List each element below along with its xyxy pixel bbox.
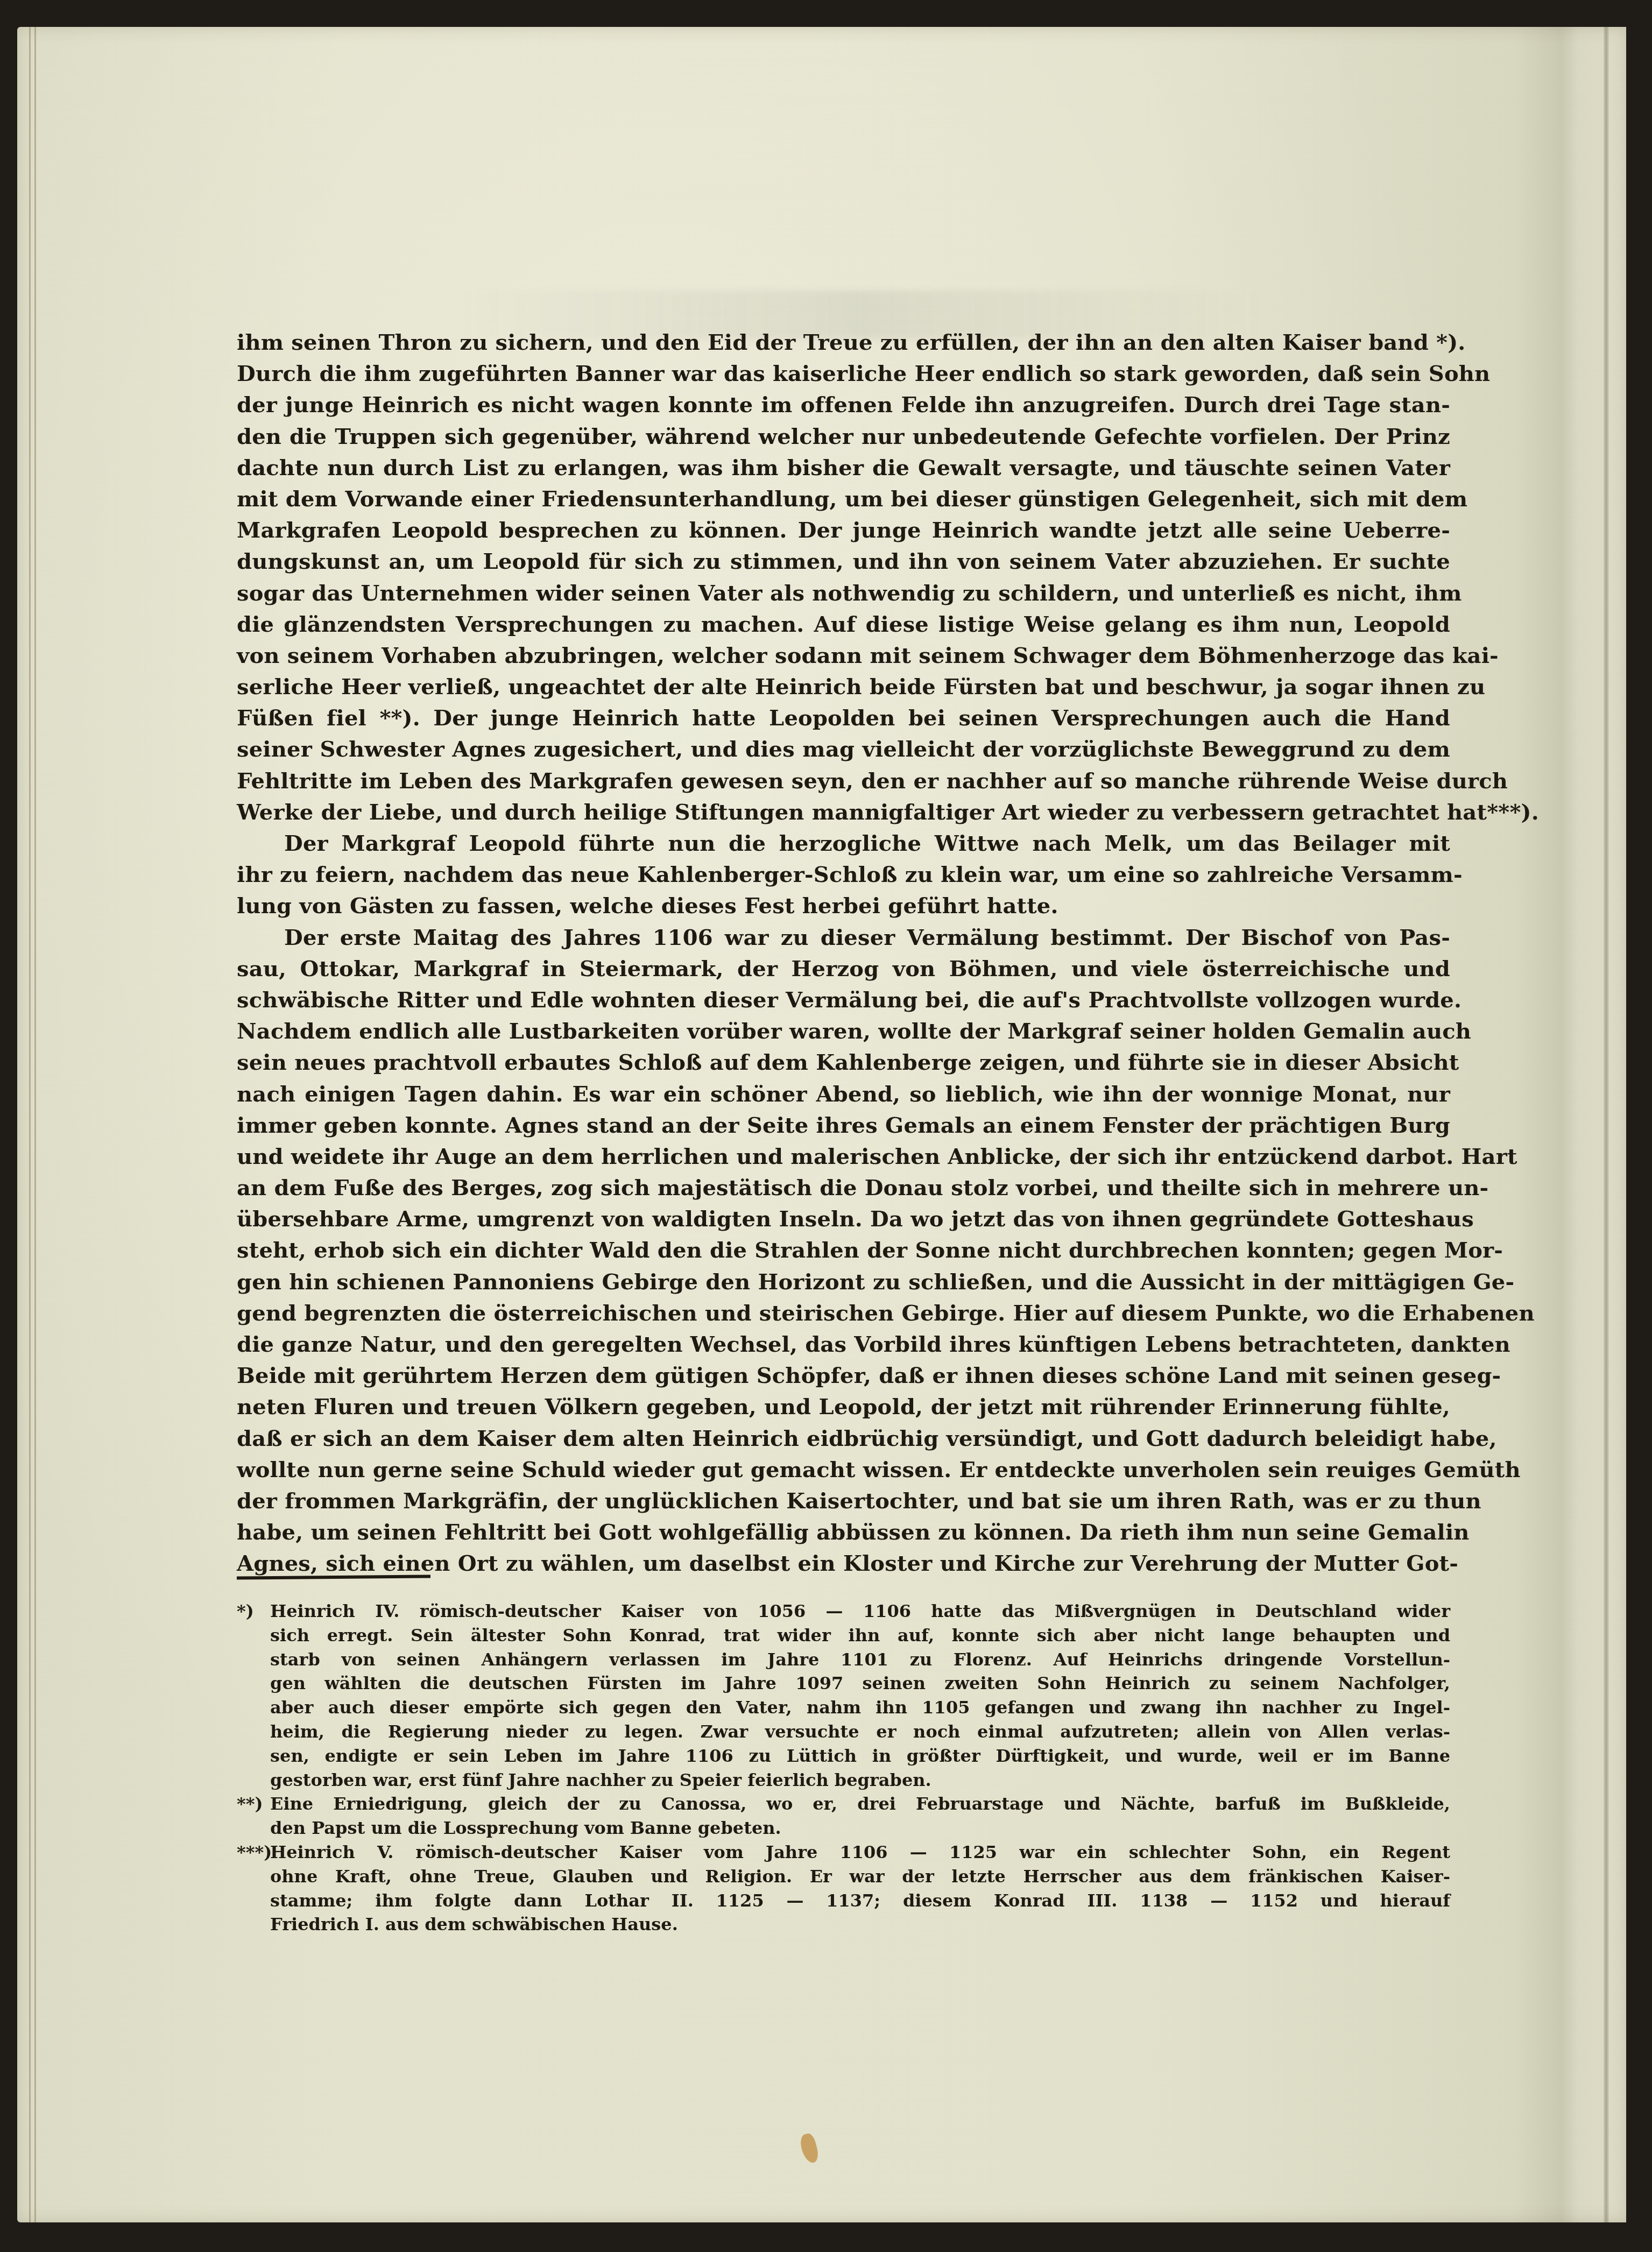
body-line: übersehbare Arme, umgrenzt von waldigten… [237, 1204, 1450, 1235]
body-line: die glänzendsten Versprechungen zu mache… [237, 609, 1450, 640]
footnote-line: gestorben war, erst fünf Jahre nachher z… [237, 1768, 1450, 1792]
footnote-line: starb von seinen Anhängern verlassen im … [237, 1648, 1450, 1672]
body-line: ihm seinen Thron zu sichern, und den Eid… [237, 327, 1450, 358]
paragraph-start-line: Der erste Maitag des Jahres 1106 war zu … [237, 922, 1450, 954]
footnote-marker: ***) [237, 1840, 270, 1865]
footnote-line: ohne Kraft, ohne Treue, Glauben und Reli… [237, 1865, 1450, 1889]
body-line: schwäbische Ritter und Edle wohnten dies… [237, 985, 1450, 1016]
body-line: wollte nun gerne seine Schuld wieder gut… [237, 1455, 1450, 1486]
body-line: seiner Schwester Agnes zugesichert, und … [237, 734, 1450, 765]
body-line: den die Truppen sich gegenüber, während … [237, 421, 1450, 453]
body-text: ihm seinen Thron zu sichern, und den Eid… [237, 327, 1450, 1580]
footnote-line: heim, die Regierung nieder zu legen. Zwa… [237, 1720, 1450, 1744]
body-line: Füßen fiel **). Der junge Heinrich hatte… [237, 703, 1450, 734]
footnote-line: Eine Erniedrigung, gleich der zu Canossa… [270, 1794, 1450, 1814]
body-line: an dem Fuße des Berges, zog sich majestä… [237, 1173, 1450, 1204]
body-line: daß er sich an dem Kaiser dem alten Hein… [237, 1423, 1450, 1455]
body-line: sein neues prachtvoll erbautes Schloß au… [237, 1047, 1450, 1078]
page-fold-shadow [1604, 27, 1609, 2222]
footnote-3: ***)Heinrich V. römisch-deutscher Kaiser… [237, 1840, 1450, 1937]
body-line: der junge Heinrich es nicht wagen konnte… [237, 390, 1450, 421]
footnote-1: *)Heinrich IV. römisch-deutscher Kaiser … [237, 1599, 1450, 1792]
body-line: sogar das Unternehmen wider seinen Vater… [237, 578, 1450, 609]
body-line: serliche Heer verließ, ungeachtet der al… [237, 672, 1450, 703]
footnote-line: aber auch dieser empörte sich gegen den … [237, 1696, 1450, 1720]
body-line: die ganze Natur, und den geregelten Wech… [237, 1329, 1450, 1360]
body-line: sau, Ottokar, Markgraf in Steiermark, de… [237, 954, 1450, 985]
footnotes: *)Heinrich IV. römisch-deutscher Kaiser … [237, 1599, 1450, 1937]
footnote-line: Heinrich V. römisch-deutscher Kaiser vom… [270, 1842, 1450, 1862]
body-line: der frommen Markgräfin, der unglückliche… [237, 1486, 1450, 1517]
body-line: immer geben konnte. Agnes stand an der S… [237, 1110, 1450, 1141]
paragraph-end-line: lung von Gästen zu fassen, welche dieses… [237, 891, 1450, 922]
body-line: und weidete ihr Auge an dem herrlichen u… [237, 1141, 1450, 1173]
footnote-marker: *) [237, 1599, 270, 1623]
paragraph-start-line: Der Markgraf Leopold führte nun die herz… [237, 828, 1450, 859]
body-line: dungskunst an, um Leopold für sich zu st… [237, 546, 1450, 577]
scanned-book-page-view: ihm seinen Thron zu sichern, und den Eid… [0, 0, 1652, 2252]
body-line: habe, um seinen Fehltritt bei Gott wohlg… [237, 1517, 1450, 1548]
body-line: Durch die ihm zugeführten Banner war das… [237, 358, 1450, 390]
footnote-line: gen wählten die deutschen Fürsten im Jah… [237, 1671, 1450, 1696]
body-line: von seinem Vorhaben abzubringen, welcher… [237, 640, 1450, 672]
page-edge-crease [34, 27, 36, 2222]
page-edge-crease [29, 27, 31, 2222]
body-line: Fehltritte im Leben des Markgrafen gewes… [237, 766, 1450, 797]
body-line: Werke der Liebe, und durch heilige Stift… [237, 797, 1450, 828]
body-line: dachte nun durch List zu erlangen, was i… [237, 453, 1450, 484]
body-line: steht, erhob sich ein dichter Wald den d… [237, 1235, 1450, 1266]
body-line: gen hin schienen Pannoniens Gebirge den … [237, 1267, 1450, 1298]
footnote-2: **)Eine Erniedrigung, gleich der zu Cano… [237, 1792, 1450, 1840]
body-line: neten Fluren und treuen Völkern gegeben,… [237, 1392, 1450, 1423]
footnote-marker: **) [237, 1792, 270, 1816]
footnote-line: stamme; ihm folgte dann Lothar II. 1125 … [237, 1889, 1450, 1913]
body-line: Markgrafen Leopold besprechen zu können.… [237, 515, 1450, 546]
body-line: Nachdem endlich alle Lustbarkeiten vorüb… [237, 1016, 1450, 1047]
footnote-line: Friedrich I. aus dem schwäbischen Hause. [237, 1912, 1450, 1937]
footnote-line: sen, endigte er sein Leben im Jahre 1106… [237, 1744, 1450, 1768]
body-line: gend begrenzten die österreichischen und… [237, 1298, 1450, 1329]
body-line: Beide mit gerührtem Herzen dem gütigen S… [237, 1360, 1450, 1392]
body-line: nach einigen Tagen dahin. Es war ein sch… [237, 1079, 1450, 1110]
footnote-line: Heinrich IV. römisch-deutscher Kaiser vo… [270, 1601, 1450, 1621]
body-line: ihr zu feiern, nachdem das neue Kahlenbe… [237, 859, 1450, 891]
body-line: mit dem Vorwande einer Friedensunterhand… [237, 484, 1450, 515]
footnote-line: den Papst um die Lossprechung vom Banne … [237, 1816, 1450, 1840]
footnote-line: sich erregt. Sein ältester Sohn Konrad, … [237, 1623, 1450, 1648]
